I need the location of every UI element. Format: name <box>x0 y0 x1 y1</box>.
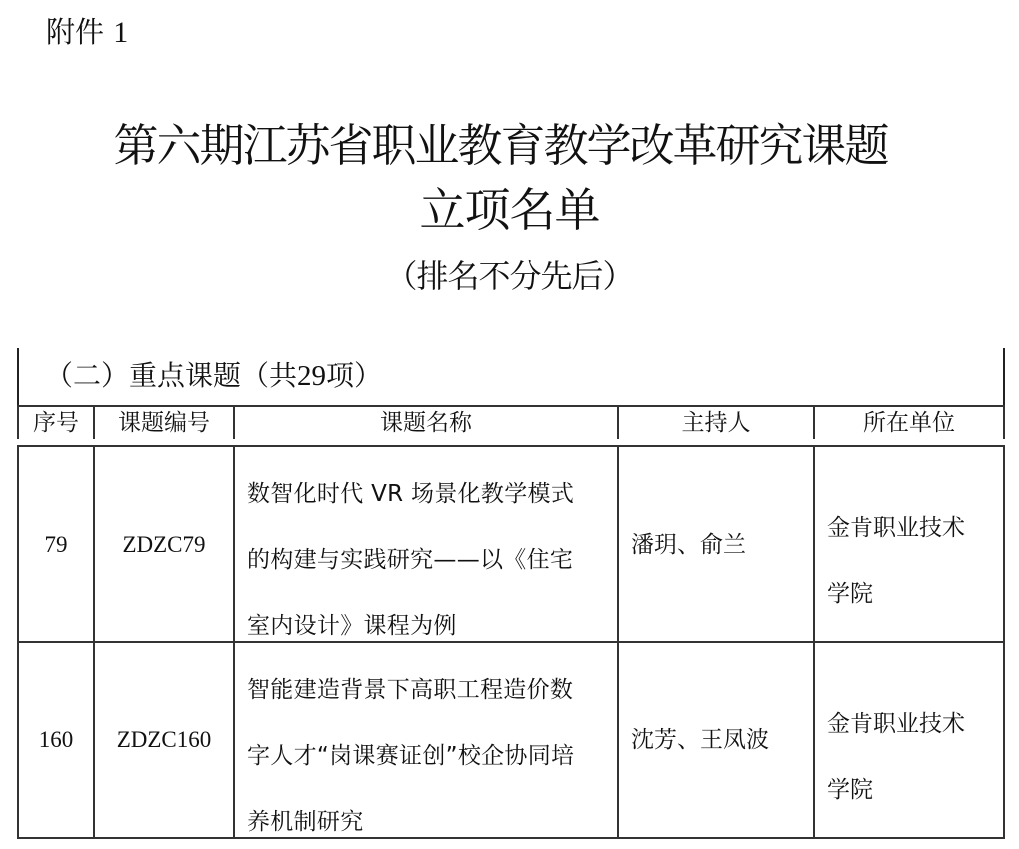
row-unit: 金肯职业技术 学院 <box>827 691 965 823</box>
unit-line: 学院 <box>827 757 965 823</box>
row-code: ZDZC160 <box>95 727 233 753</box>
unit-line: 学院 <box>827 561 965 627</box>
topic-line: 数智化时代 VR 场景化教学模式 <box>247 461 611 527</box>
section-heading-row: （二）重点课题（共29项） <box>17 348 1005 405</box>
unit-line: 金肯职业技术 <box>827 691 965 757</box>
row-code: ZDZC79 <box>95 532 233 558</box>
row-topic: 数智化时代 VR 场景化教学模式 的构建与实践研究——以《住宅 室内设计》课程为… <box>247 461 611 659</box>
attachment-label: 附件 1 <box>46 12 128 53</box>
section-heading: （二）重点课题（共29项） <box>45 356 382 396</box>
page-title-line-2: 立项名单 <box>0 182 1019 238</box>
header-cell-host: 主持人 <box>617 407 813 439</box>
cell-host: 沈芳、王凤波 <box>617 643 813 837</box>
cell-topic: 数智化时代 VR 场景化教学模式 的构建与实践研究——以《住宅 室内设计》课程为… <box>233 447 617 642</box>
section-count: 29 <box>297 360 326 392</box>
topic-line: 的构建与实践研究——以《住宅 <box>247 527 611 593</box>
header-label: 课题名称 <box>235 408 617 438</box>
topic-line: 养机制研究 <box>247 789 611 849</box>
table-header-row: 序号 课题编号 课题名称 主持人 所在单位 <box>17 405 1005 439</box>
cell-host: 潘玥、俞兰 <box>617 447 813 642</box>
cell-unit: 金肯职业技术 学院 <box>813 643 1005 837</box>
cell-unit: 金肯职业技术 学院 <box>813 447 1005 642</box>
topic-line: 字人才“岗课赛证创”校企协同培 <box>247 723 611 789</box>
cell-index: 79 <box>17 447 93 642</box>
row-index: 160 <box>19 727 93 753</box>
header-label: 所在单位 <box>815 408 1003 438</box>
attachment-number: 1 <box>113 16 128 49</box>
header-cell-index: 序号 <box>17 407 93 439</box>
attachment-text: 附件 <box>46 15 104 49</box>
table-row: 79 ZDZC79 数智化时代 VR 场景化教学模式 的构建与实践研究——以《住… <box>17 445 1005 642</box>
row-host: 沈芳、王凤波 <box>631 725 769 755</box>
header-label: 序号 <box>19 408 93 438</box>
cell-code: ZDZC160 <box>93 643 233 837</box>
cell-index: 160 <box>17 643 93 837</box>
table-row: 160 ZDZC160 智能建造背景下高职工程造价数 字人才“岗课赛证创”校企协… <box>17 641 1005 839</box>
section-heading-prefix: （二）重点课题（共 <box>45 359 297 392</box>
header-cell-code: 课题编号 <box>93 407 233 439</box>
cell-code: ZDZC79 <box>93 447 233 642</box>
section-heading-suffix: 项） <box>326 359 382 392</box>
row-host: 潘玥、俞兰 <box>631 530 746 560</box>
cell-topic: 智能建造背景下高职工程造价数 字人才“岗课赛证创”校企协同培 养机制研究 <box>233 643 617 837</box>
header-label: 主持人 <box>619 408 813 438</box>
header-label: 课题编号 <box>95 408 233 438</box>
page-title-line-1: 第六期江苏省职业教育教学改革研究课题 <box>0 118 1010 174</box>
page-subtitle: （排名不分先后） <box>0 254 1019 298</box>
row-index: 79 <box>19 532 93 558</box>
row-topic: 智能建造背景下高职工程造价数 字人才“岗课赛证创”校企协同培 养机制研究 <box>247 657 611 849</box>
header-cell-topic: 课题名称 <box>233 407 617 439</box>
topic-line: 智能建造背景下高职工程造价数 <box>247 657 611 723</box>
header-cell-unit: 所在单位 <box>813 407 1005 439</box>
unit-line: 金肯职业技术 <box>827 495 965 561</box>
row-unit: 金肯职业技术 学院 <box>827 495 965 627</box>
